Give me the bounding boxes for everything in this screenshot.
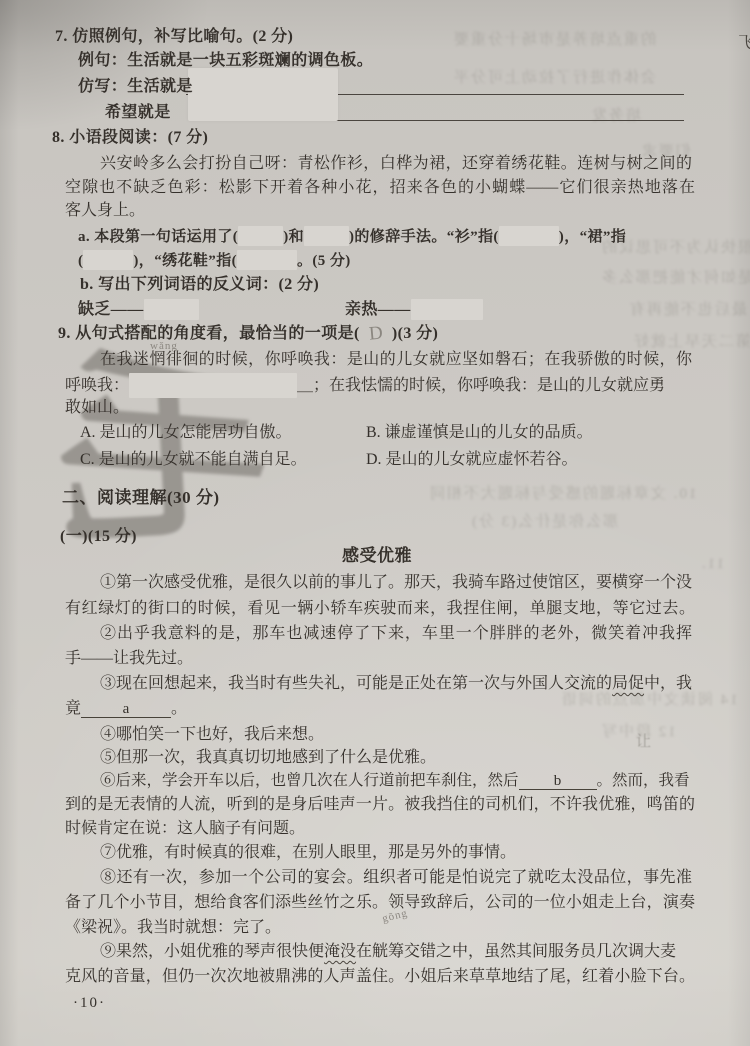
reading-paragraph-line: 克风的音量，但仍一次次地被鼎沸的人声盖住。小姐后来草草地结了尾，红着小脸下台。 <box>65 966 695 988</box>
bleedthrough-text: 10. 文章标题的感受与标题大不相同 <box>428 482 697 503</box>
q8a-text: )，“裙”指 <box>559 229 626 245</box>
bleedthrough-text: 会体作进行了拉动上可分平 <box>452 66 656 87</box>
reading-paragraph-line: 备了几个小节目，想给食客们添些丝竹之乐。领导致辞后，公司的一位小姐走上台，演奏 <box>65 892 695 914</box>
bleedthrough-text: 第二天早上就好 <box>632 330 750 351</box>
q7-hope-label: 希望就是 <box>105 102 171 124</box>
reading-title: 感受优雅 <box>342 545 412 567</box>
q9-passage-line: 在我迷惘徘徊的时候，你呼唤我：是山的儿女就应坚如磐石；在我骄傲的时候，你 <box>100 349 692 371</box>
q9-text: ＿；在我怯懦的时候，你呼唤我：是山的儿女就应勇 <box>297 377 665 394</box>
redaction-box <box>499 226 559 246</box>
blank-b: b <box>519 773 597 790</box>
q8-question-a: a. 本段第一句话运用了()和)的修辞手法。“衫”指()，“裙”指 <box>78 226 626 248</box>
reading-paragraph-line: 有红绿灯的街口的时候，看见一辆小轿车疾驶而来，我捏住闸，单腿支地，等它过去。 <box>65 598 695 620</box>
antonym-word: 缺乏—— <box>78 301 144 318</box>
p3-text: 竟 <box>65 700 81 717</box>
q8-title: 8. 小语段阅读：(7 分) <box>52 127 208 149</box>
p6-text: ⑥后来，学会开车以后，也曾几次在人行道前把车刹住，然后 <box>100 772 519 789</box>
redaction-box <box>144 299 199 320</box>
redaction-box <box>83 250 133 270</box>
reading-paragraph-line: 《梁祝》。我当时就想：完了。 <box>65 917 281 939</box>
bleedthrough-text: 那么你是什么(3 分) <box>470 510 618 531</box>
q8-antonym-right: 亲热—— <box>345 299 483 321</box>
wavy-underlined-word: 淹没 <box>324 943 356 960</box>
section2-title: 二、阅读理解(30 分) <box>62 487 220 509</box>
redaction-box <box>238 226 283 246</box>
antonym-word: 亲热—— <box>345 301 411 318</box>
q8-question-b: b. 写出下列词语的反义词：(2 分) <box>80 274 319 296</box>
blank-a: a <box>81 701 171 718</box>
reading-paragraph-line: ⑧还有一次，参加一个公司的宴会。组织者可能是怕说完了就吃太没品位，事先准 <box>100 867 692 889</box>
reading-paragraph-line: 手——让我先过。 <box>65 648 193 670</box>
q8a-text: 。(5 分) <box>297 253 351 269</box>
q7-imitate-label: 仿写：生活就是 <box>78 76 193 98</box>
q9-stem-text: 9. 从句式搭配的角度看，最恰当的一项是( <box>58 325 360 342</box>
p6-text: 。然而，我看 <box>597 772 690 789</box>
redaction-box <box>411 299 483 320</box>
q9-passage-line: 敢如山。 <box>65 397 129 419</box>
edge-print-fragment: 飞 <box>738 30 750 53</box>
wavy-underlined-word: 局促 <box>612 675 644 692</box>
bleedthrough-text: 的重点培养是市场十分重要 <box>452 28 656 49</box>
reading-paragraph-line: ⑨果然，小姐优雅的琴声很快便淹没在觥筹交错之中，虽然其间服务员几次调大麦 <box>100 941 692 963</box>
redaction-box <box>304 226 349 246</box>
reading-paragraph-line: ⑥后来，学会开车以后，也曾几次在人行道前把车刹住，然后b。然而，我看 <box>100 770 698 792</box>
bleedthrough-text: 最后也不能再有 <box>628 298 747 319</box>
q8a-text: )的修辞手法。“衫”指( <box>349 229 499 245</box>
p3-text: 中，我 <box>644 675 692 692</box>
page-number: ·10· <box>73 995 106 1012</box>
reading-paragraph-line: 时候肯定在说：这人脑子有问题。 <box>65 818 305 840</box>
redaction-box <box>129 373 297 398</box>
q8-passage-line: 兴安岭多么会打扮自己呀：青松作衫，白桦为裙，还穿着绣花鞋。连树与树之间的 <box>100 153 692 175</box>
pencil-scribble: 让 <box>636 730 651 751</box>
p9-text: ⑨果然，小姐优雅的琴声很快便 <box>100 943 324 960</box>
reading-paragraph-line: ⑤但那一次，我真真切切地感到了什么是优雅。 <box>100 747 692 769</box>
q8-question-a-line2: ()，“绣花鞋”指(。(5 分) <box>78 250 351 272</box>
q9-stem: 9. 从句式搭配的角度看，最恰当的一项是(D)(3 分) <box>58 322 438 344</box>
handwritten-answer: D <box>359 322 393 347</box>
q9-option-c: C. 是山的儿女就不能自满自足。 <box>80 449 307 471</box>
q9-option-d: D. 是山的儿女就应虚怀若谷。 <box>366 449 578 471</box>
reading-paragraph-line: 竟a。 <box>65 698 187 720</box>
reading-paragraph-line: ⑦优雅，有时候真的很难，在别人眼里，那是另外的事情。 <box>100 842 692 864</box>
bleedthrough-text: 本不是如何才能把那么多 <box>600 266 750 287</box>
section2-part: (一)(15 分) <box>60 526 137 548</box>
p3-text: 。 <box>171 700 187 717</box>
bleedthrough-text: 培务发 <box>590 104 641 125</box>
q9-option-a: A. 是山的儿女怎能居功自傲。 <box>80 422 292 444</box>
q7-title: 7. 仿照例句，补写比喻句。(2 分) <box>55 26 293 48</box>
q8a-text: )，“绣花鞋”指( <box>133 253 237 269</box>
reading-paragraph-line: ②出乎我意料的是，那车也减速停了下来，车里一个胖胖的老外，微笑着冲我挥 <box>100 623 692 645</box>
reading-paragraph-line: ①第一次感受优雅，是很久以前的事儿了。那天，我骑车路过使馆区，要横穿一个没 <box>100 572 692 594</box>
redaction-box <box>237 250 297 270</box>
q8-antonym-left: 缺乏—— <box>78 299 199 321</box>
redaction-box <box>188 68 338 121</box>
reading-paragraph-line: ③现在回想起来，我当时有些失礼，可能是正处在第一次与外国人交流的局促中，我 <box>100 673 692 695</box>
scanned-exam-page: 的重点培养是市场十分重要 会体作进行了拉动上可分平 培务发 们要求 一个很快认为… <box>0 0 750 1046</box>
q8a-text: a. 本段第一句话运用了( <box>78 229 238 245</box>
q9-option-b: B. 谦虚谨慎是山的儿女的品质。 <box>366 422 593 444</box>
reading-paragraph-line: ④哪怕笑一下也好，我后来想。 <box>100 724 692 746</box>
q8-passage-line: 客人身上。 <box>65 200 145 222</box>
p9-text: 在觥筹交错之中，虽然其间服务员几次调大麦 <box>356 943 676 960</box>
q9-passage-line: 呼唤我：＿；在我怯懦的时候，你呼唤我：是山的儿女就应勇 <box>65 373 695 395</box>
q7-example: 例句：生活就是一块五彩斑斓的调色板。 <box>78 50 373 72</box>
reading-paragraph-line: 到的是无表情的人流，听到的是身后哇声一片。被我挡住的司机们，不许我优雅，鸣笛的 <box>65 794 695 816</box>
p3-text: ③现在回想起来，我当时有些失礼，可能是正处在第一次与外国人交流的 <box>100 675 612 692</box>
bleedthrough-text: 11. <box>700 556 724 573</box>
q8-passage-line: 空隙也不缺乏色彩：松影下开着各种小花，招来各色的小蝴蝶——它们很亲热地落在 <box>65 177 695 199</box>
q9-text: 呼唤我： <box>65 377 129 394</box>
q9-stem-text: )(3 分) <box>392 325 438 342</box>
q8a-text: )和 <box>283 229 304 245</box>
